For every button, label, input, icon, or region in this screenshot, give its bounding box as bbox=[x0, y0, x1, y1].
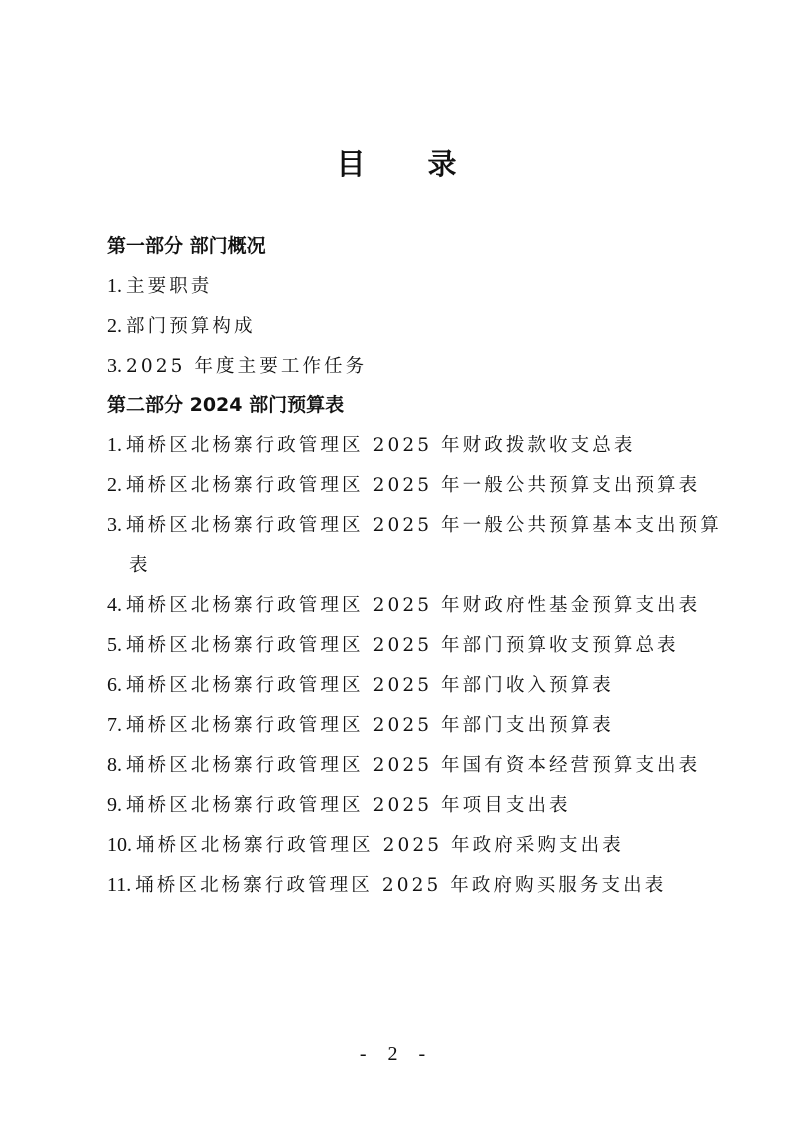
toc-item[interactable]: 2.部门预算构成 bbox=[107, 306, 707, 346]
toc-item[interactable]: 2.埇桥区北杨寨行政管理区 2025 年一般公共预算支出预算表 bbox=[107, 465, 707, 505]
toc-item-number: 3. bbox=[107, 355, 122, 377]
table-of-contents: 第一部分 部门概况 1.主要职责 2.部门预算构成 3.2025 年度主要工作任… bbox=[107, 227, 707, 905]
toc-item-text: 主要职责 bbox=[126, 276, 212, 297]
toc-item-text: 埇桥区北杨寨行政管理区 2025 年财政拨款收支总表 bbox=[126, 435, 635, 456]
toc-item-number: 3. bbox=[107, 514, 122, 536]
toc-item-number: 5. bbox=[107, 634, 122, 656]
page-title: 目 录 bbox=[0, 142, 793, 183]
toc-item[interactable]: 1.埇桥区北杨寨行政管理区 2025 年财政拨款收支总表 bbox=[107, 425, 707, 465]
page-number: - 2 - bbox=[0, 1043, 793, 1066]
toc-item-text: 埇桥区北杨寨行政管理区 2025 年部门收入预算表 bbox=[126, 675, 614, 696]
toc-item[interactable]: 1.主要职责 bbox=[107, 266, 707, 306]
toc-item[interactable]: 10.埇桥区北杨寨行政管理区 2025 年政府采购支出表 bbox=[107, 825, 707, 865]
toc-item-text-continuation: 表 bbox=[107, 546, 707, 586]
toc-item-text: 埇桥区北杨寨行政管理区 2025 年项目支出表 bbox=[126, 795, 571, 816]
toc-item-number: 4. bbox=[107, 594, 122, 616]
toc-item[interactable]: 3.埇桥区北杨寨行政管理区 2025 年一般公共预算基本支出预算表 bbox=[107, 505, 707, 585]
toc-item[interactable]: 8.埇桥区北杨寨行政管理区 2025 年国有资本经营预算支出表 bbox=[107, 745, 707, 785]
toc-item-text: 埇桥区北杨寨行政管理区 2025 年财政府性基金预算支出表 bbox=[126, 595, 700, 616]
toc-item[interactable]: 4.埇桥区北杨寨行政管理区 2025 年财政府性基金预算支出表 bbox=[107, 585, 707, 625]
toc-item-text: 2025 年度主要工作任务 bbox=[126, 356, 367, 377]
toc-item-text: 埇桥区北杨寨行政管理区 2025 年国有资本经营预算支出表 bbox=[126, 755, 700, 776]
toc-item[interactable]: 7.埇桥区北杨寨行政管理区 2025 年部门支出预算表 bbox=[107, 705, 707, 745]
toc-item-number: 1. bbox=[107, 275, 122, 297]
toc-item-text: 埇桥区北杨寨行政管理区 2025 年一般公共预算支出预算表 bbox=[126, 475, 700, 496]
toc-item-number: 2. bbox=[107, 315, 122, 337]
section-heading-part-1: 第一部分 部门概况 bbox=[107, 227, 707, 266]
toc-item-number: 8. bbox=[107, 754, 122, 776]
toc-item-number: 10. bbox=[107, 834, 132, 856]
toc-item[interactable]: 5.埇桥区北杨寨行政管理区 2025 年部门预算收支预算总表 bbox=[107, 625, 707, 665]
toc-item-number: 7. bbox=[107, 714, 122, 736]
toc-item-number: 6. bbox=[107, 674, 122, 696]
toc-item[interactable]: 6.埇桥区北杨寨行政管理区 2025 年部门收入预算表 bbox=[107, 665, 707, 705]
toc-item-number: 11. bbox=[107, 874, 131, 896]
toc-item[interactable]: 3.2025 年度主要工作任务 bbox=[107, 346, 707, 386]
toc-item-text: 部门预算构成 bbox=[126, 316, 256, 337]
toc-item-text: 埇桥区北杨寨行政管理区 2025 年一般公共预算基本支出预算 bbox=[126, 515, 722, 536]
toc-item-text: 埇桥区北杨寨行政管理区 2025 年政府采购支出表 bbox=[136, 835, 624, 856]
toc-item-number: 9. bbox=[107, 794, 122, 816]
section-heading-part-2: 第二部分 2024 部门预算表 bbox=[107, 386, 707, 425]
toc-item[interactable]: 9.埇桥区北杨寨行政管理区 2025 年项目支出表 bbox=[107, 785, 707, 825]
toc-item-text: 埇桥区北杨寨行政管理区 2025 年部门支出预算表 bbox=[126, 715, 614, 736]
toc-item-number: 2. bbox=[107, 474, 122, 496]
toc-item-text: 埇桥区北杨寨行政管理区 2025 年部门预算收支预算总表 bbox=[126, 635, 679, 656]
toc-item-text: 埇桥区北杨寨行政管理区 2025 年政府购买服务支出表 bbox=[135, 875, 666, 896]
toc-item[interactable]: 11.埇桥区北杨寨行政管理区 2025 年政府购买服务支出表 bbox=[107, 865, 707, 905]
toc-item-number: 1. bbox=[107, 434, 122, 456]
